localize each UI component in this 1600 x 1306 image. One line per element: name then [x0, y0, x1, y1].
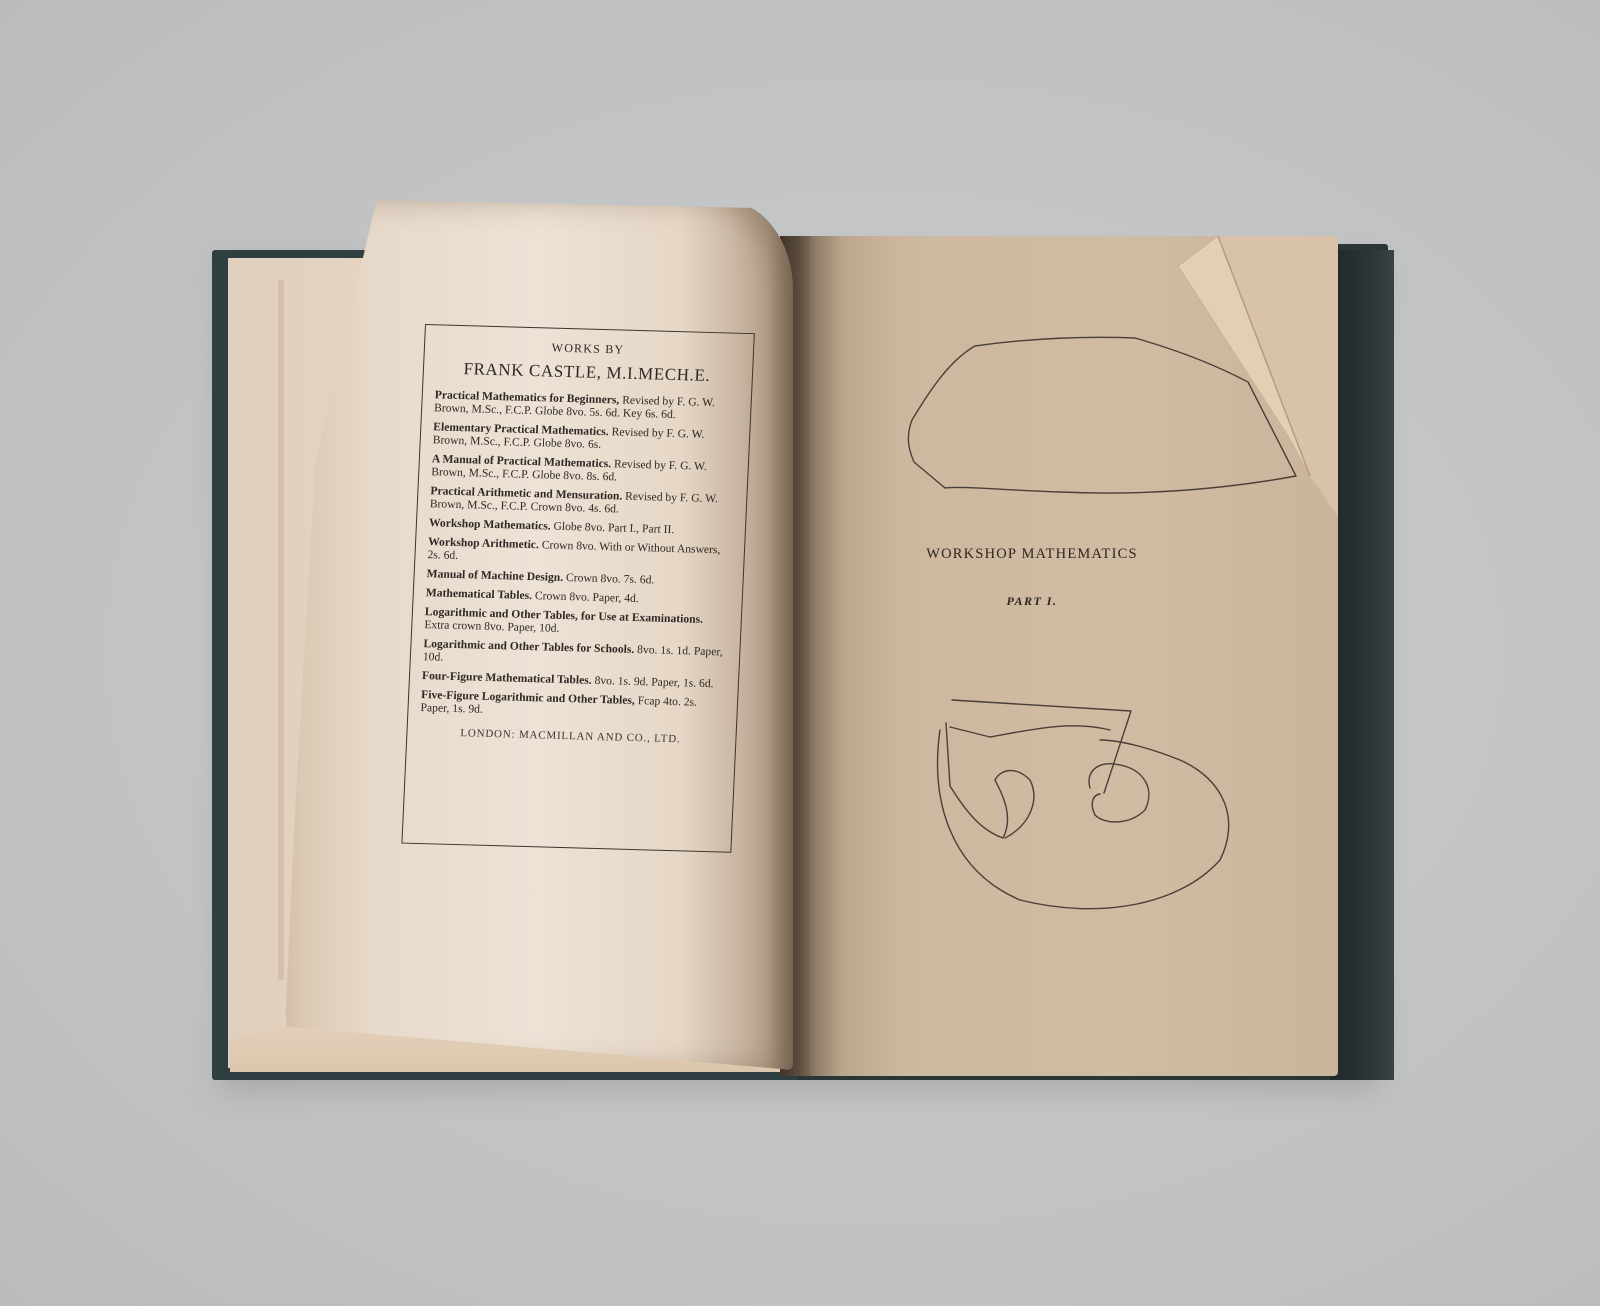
- advert-publisher-footer: LONDON: MACMILLAN AND CO., LTD.: [419, 726, 721, 746]
- advert-entry: Mathematical Tables. Crown 8vo. Paper, 4…: [426, 586, 728, 607]
- book-cover-edge: [1330, 250, 1394, 1080]
- advert-entry: A Manual of Practical Mathematics. Revis…: [431, 452, 734, 486]
- book-title: WORKSHOP MATHEMATICS: [892, 546, 1172, 563]
- advert-heading-small: WORKS BY: [437, 337, 740, 360]
- advert-entry: Four-Figure Mathematical Tables. 8vo. 1s…: [422, 669, 724, 690]
- advert-entry: Workshop Arithmetic. Crown 8vo. With or …: [427, 535, 730, 569]
- advert-entry: Five-Figure Logarithmic and Other Tables…: [420, 688, 723, 722]
- advert-entry: Workshop Mathematics. Globe 8vo. Part I.…: [429, 516, 731, 537]
- advert-entry: Practical Arithmetic and Mensuration. Re…: [430, 484, 733, 518]
- advert-entry: Logarithmic and Other Tables for Schools…: [423, 637, 726, 671]
- book-part-label: PART I.: [892, 594, 1172, 609]
- advert-entry: Manual of Machine Design. Crown 8vo. 7s.…: [426, 567, 728, 588]
- advert-entry: Elementary Practical Mathematics. Revise…: [432, 420, 735, 454]
- advert-author: FRANK CASTLE, M.I.MECH.E.: [436, 358, 739, 386]
- advert-entry: Practical Mathematics for Beginners, Rev…: [434, 388, 737, 422]
- folded-corner: [1178, 236, 1338, 516]
- publisher-advert: WORKS BY FRANK CASTLE, M.I.MECH.E. Pract…: [401, 324, 754, 853]
- advert-entry: Logarithmic and Other Tables, for Use at…: [424, 605, 727, 639]
